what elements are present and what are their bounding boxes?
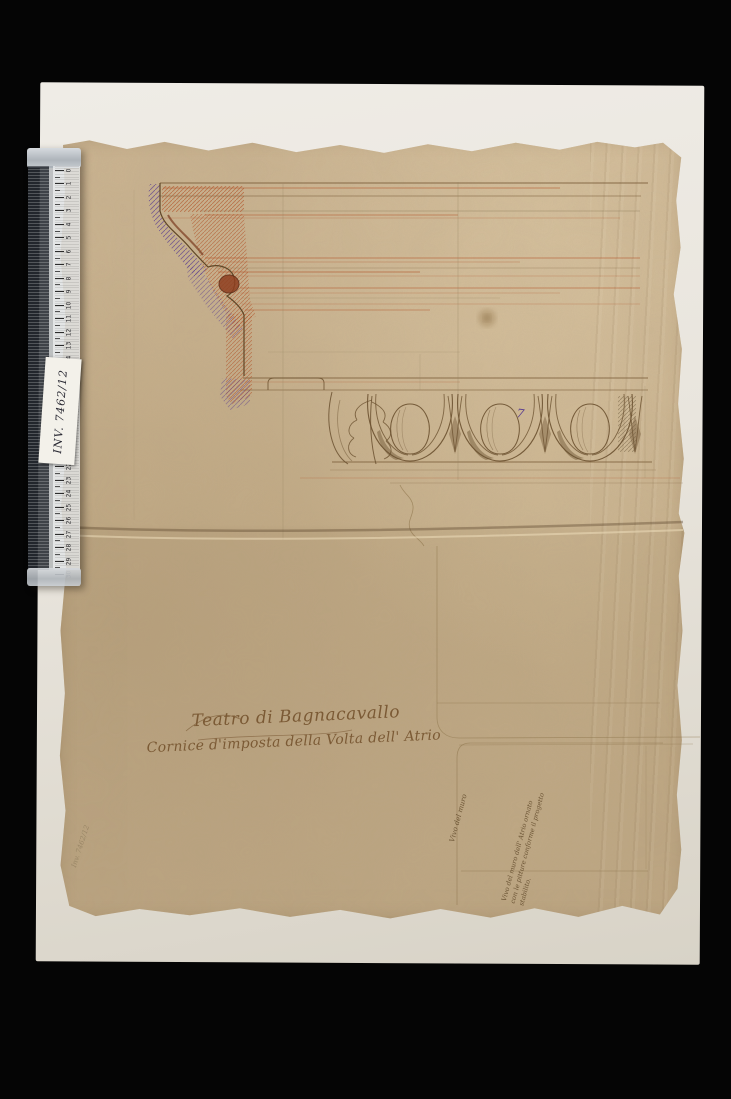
ruler-tick <box>55 278 64 279</box>
ruler-tick <box>55 500 60 501</box>
photo-stage: 7 Teatro di Bagnacavallo Cornice d'impos… <box>0 0 731 1099</box>
ruler-tick <box>55 473 60 474</box>
ruler-number: 27 <box>66 529 73 539</box>
ruler-tick <box>55 224 64 225</box>
ruler-tick <box>55 210 64 211</box>
ruler-number: 29 <box>66 556 73 566</box>
ruler-number: 11 <box>66 314 73 324</box>
ruler-number: 7 <box>66 260 73 270</box>
ruler-number: 2 <box>66 192 73 202</box>
ruler-number: 12 <box>66 327 73 337</box>
ruler-end-cap <box>27 568 81 586</box>
ruler-number: 28 <box>66 543 73 553</box>
ruler-tick <box>55 170 64 171</box>
ruler-number: 9 <box>66 287 73 297</box>
ruler-tick <box>55 493 64 494</box>
ruler-tick <box>55 291 64 292</box>
inventory-number: INV. 7462/12 <box>51 368 70 453</box>
ruler-tick <box>55 318 64 319</box>
ruler-number: 8 <box>66 273 73 283</box>
ruler-tick <box>55 244 60 245</box>
ruler-tick <box>55 332 64 333</box>
ruler-tick <box>55 298 60 299</box>
ruler-tick <box>55 190 60 191</box>
ruler-tick <box>55 231 60 232</box>
ruler-number: 5 <box>66 233 73 243</box>
ruler-number: 13 <box>66 341 73 351</box>
ruler-tick <box>55 561 64 562</box>
ruler-tick <box>55 251 64 252</box>
ruler-number: 23 <box>66 475 73 485</box>
ruler-tick <box>55 520 64 521</box>
ruler-tick <box>55 311 60 312</box>
ruler-tick <box>55 204 60 205</box>
ruler-tick <box>55 345 64 346</box>
ruler-tick <box>55 527 60 528</box>
ruler-tick <box>55 177 60 178</box>
ruler-number: 25 <box>66 502 73 512</box>
ruler-tick <box>55 305 64 306</box>
ruler-tick <box>55 466 64 467</box>
ruler-number: 0 <box>66 166 73 176</box>
ruler-tick <box>55 197 64 198</box>
ruler-tick <box>55 480 64 481</box>
ruler-tick <box>55 486 60 487</box>
ruler-number: 10 <box>66 300 73 310</box>
ruler-tick <box>55 237 64 238</box>
ruler-number: 3 <box>66 206 73 216</box>
ruler-end-cap <box>27 148 81 168</box>
ruler-tick <box>55 258 60 259</box>
inventory-label: INV. 7462/12 <box>38 357 81 465</box>
ruler-tick <box>55 338 60 339</box>
ruler-tick <box>55 284 60 285</box>
ruler-tick <box>55 183 64 184</box>
ruler-tick <box>55 554 60 555</box>
ruler-tick <box>55 534 64 535</box>
ruler-tick <box>55 507 64 508</box>
drawing-sheet <box>58 138 685 920</box>
ruler-number: 4 <box>66 219 73 229</box>
paper-wrinkles <box>590 138 685 920</box>
ruler-tick <box>55 540 60 541</box>
ruler-tick <box>55 513 60 514</box>
ruler-number: 26 <box>66 516 73 526</box>
ruler-number: 24 <box>66 489 73 499</box>
ruler-tick <box>55 217 60 218</box>
ruler-tick <box>55 325 60 326</box>
ruler-tick <box>55 271 60 272</box>
ruler-tick <box>55 264 64 265</box>
ruler-tick <box>55 547 64 548</box>
ruler-number: 6 <box>66 246 73 256</box>
ruler-tick <box>55 352 60 353</box>
ruler-number: 1 <box>66 179 73 189</box>
